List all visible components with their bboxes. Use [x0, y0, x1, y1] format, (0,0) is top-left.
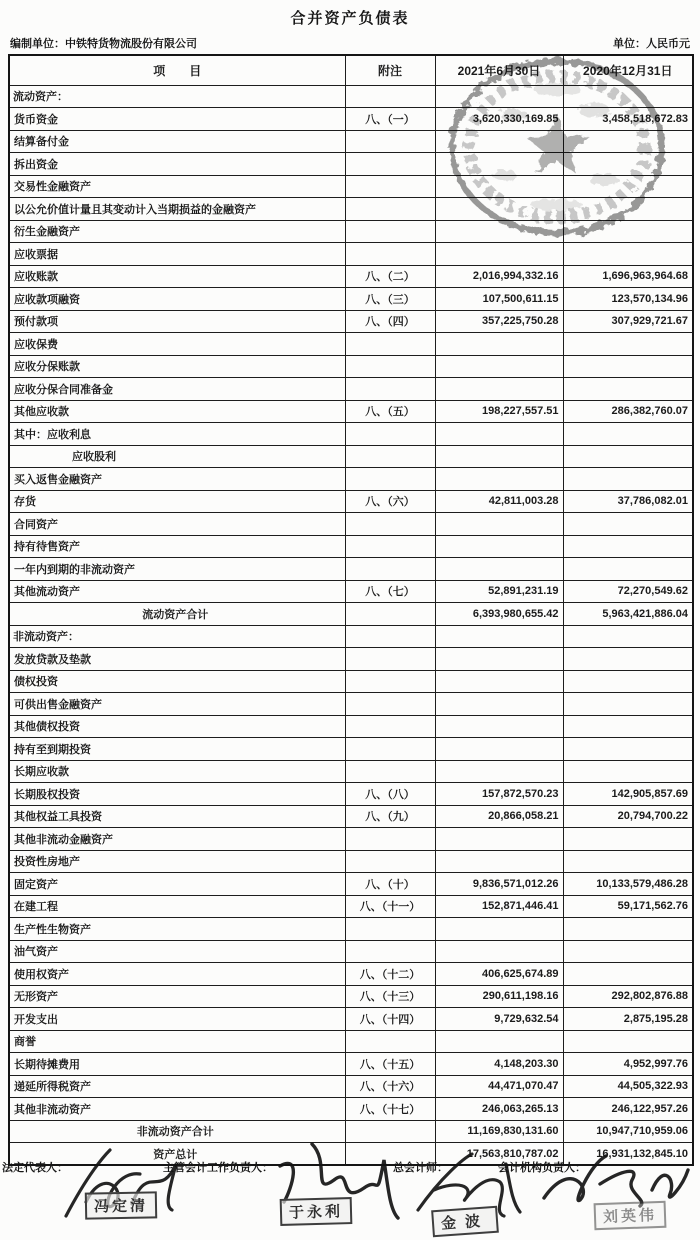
- balance-sheet-page: 合并资产负债表 编制单位：中铁特货物流股份有限公司 单位：人民币元 项 目 附注…: [0, 0, 700, 1240]
- balance-table-body: 流动资产：货币资金八、（一）3,620,330,169.853,458,518,…: [9, 85, 693, 1165]
- note-cell: [345, 535, 435, 558]
- balance-sheet-table: 项 目 附注 2021年6月30日 2020年12月31日 流动资产：货币资金八…: [8, 54, 694, 1166]
- value-2021: 3,620,330,169.85: [435, 108, 563, 131]
- value-2021: 246,063,265.13: [435, 1098, 563, 1121]
- name-stamp-yu-yongli: 于永利: [280, 1197, 353, 1226]
- value-2021: [435, 760, 563, 783]
- item-label: 应收票据: [9, 243, 345, 266]
- note-cell: [345, 1030, 435, 1053]
- value-2021: [435, 220, 563, 243]
- value-2020: 3,458,518,672.83: [563, 108, 693, 131]
- item-label: 衍生金融资产: [9, 220, 345, 243]
- value-2021: 44,471,070.47: [435, 1075, 563, 1098]
- table-row: 在建工程八、（十一）152,871,446.4159,171,562.76: [9, 895, 693, 918]
- note-cell: 八、（十七）: [345, 1098, 435, 1121]
- table-row: 其他非流动金融资产: [9, 828, 693, 851]
- item-label: 存货: [9, 490, 345, 513]
- value-2021: [435, 535, 563, 558]
- note-cell: [345, 738, 435, 761]
- note-cell: [345, 153, 435, 176]
- table-row: 应收股利: [9, 445, 693, 468]
- value-2020: 292,802,876.88: [563, 985, 693, 1008]
- note-cell: [345, 558, 435, 581]
- table-row: 长期待摊费用八、（十五）4,148,203.304,952,997.76: [9, 1053, 693, 1076]
- column-header-2020: 2020年12月31日: [563, 55, 693, 85]
- table-row: 油气资产: [9, 940, 693, 963]
- note-cell: [345, 513, 435, 536]
- value-2020: [563, 940, 693, 963]
- table-row: 长期股权投资八、（八）157,872,570.23142,905,857.69: [9, 783, 693, 806]
- item-label: 以公允价值计量且其变动计入当期损益的金融资产: [9, 198, 345, 221]
- info-line: 编制单位：中铁特货物流股份有限公司 单位：人民币元: [10, 35, 690, 51]
- value-2020: [563, 670, 693, 693]
- item-label: 可供出售金融资产: [9, 693, 345, 716]
- item-label: 应收保费: [9, 333, 345, 356]
- table-row: 其他债权投资: [9, 715, 693, 738]
- item-label: 长期应收款: [9, 760, 345, 783]
- signature-area: 法定代表人： 主管会计工作负责人： 总会计师： 会计机构负责人： 冯定清 于永利…: [0, 1150, 700, 1240]
- item-label: 递延所得税资产: [9, 1075, 345, 1098]
- item-label: 投资性房地产: [9, 850, 345, 873]
- column-header-note: 附注: [345, 55, 435, 85]
- table-row: 其他权益工具投资八、（九）20,866,058.2120,794,700.22: [9, 805, 693, 828]
- value-2021: [435, 85, 563, 108]
- value-2020: [563, 198, 693, 221]
- table-row: 生产性生物资产: [9, 918, 693, 941]
- note-cell: 八、（三）: [345, 288, 435, 311]
- value-2021: [435, 355, 563, 378]
- note-cell: [345, 1120, 435, 1143]
- name-stamp-liu-yingwei: 刘英伟: [594, 1201, 667, 1230]
- value-2020: [563, 175, 693, 198]
- table-row: 买入返售金融资产: [9, 468, 693, 491]
- value-2021: [435, 130, 563, 153]
- name-stamp-jin-bo: 金波: [431, 1206, 499, 1238]
- section-row: 流动资产：: [9, 85, 693, 108]
- value-2021: 198,227,557.51: [435, 400, 563, 423]
- value-2020: 20,794,700.22: [563, 805, 693, 828]
- item-label: 发放贷款及垫款: [9, 648, 345, 671]
- note-cell: [345, 625, 435, 648]
- value-2020: [563, 715, 693, 738]
- table-row: 结算备付金: [9, 130, 693, 153]
- item-label: 结算备付金: [9, 130, 345, 153]
- item-label: 在建工程: [9, 895, 345, 918]
- value-2021: [435, 243, 563, 266]
- item-label: 其他非流动资产: [9, 1098, 345, 1121]
- value-2021: [435, 670, 563, 693]
- value-2021: [435, 940, 563, 963]
- value-2021: 2,016,994,332.16: [435, 265, 563, 288]
- item-label: 固定资产: [9, 873, 345, 896]
- accounting-dept-head-label: 会计机构负责人：: [498, 1159, 586, 1175]
- item-label: 应收股利: [9, 445, 345, 468]
- table-row: 可供出售金融资产: [9, 693, 693, 716]
- note-cell: 八、（一）: [345, 108, 435, 131]
- value-2020: [563, 445, 693, 468]
- value-2021: [435, 738, 563, 761]
- value-2020: 4,952,997.76: [563, 1053, 693, 1076]
- note-cell: [345, 468, 435, 491]
- value-2020: [563, 850, 693, 873]
- value-2020: [563, 558, 693, 581]
- item-label: 拆出资金: [9, 153, 345, 176]
- note-cell: 八、（十一）: [345, 895, 435, 918]
- note-cell: [345, 850, 435, 873]
- table-row: 商誉: [9, 1030, 693, 1053]
- note-cell: [345, 243, 435, 266]
- note-cell: 八、（十六）: [345, 1075, 435, 1098]
- table-row: 应收分保账款: [9, 355, 693, 378]
- table-row: 固定资产八、（十）9,836,571,012.2610,133,579,486.…: [9, 873, 693, 896]
- item-label: 商誉: [9, 1030, 345, 1053]
- table-row: 存货八、（六）42,811,003.2837,786,082.01: [9, 490, 693, 513]
- table-row: 债权投资: [9, 670, 693, 693]
- value-2021: [435, 693, 563, 716]
- table-row: 一年内到期的非流动资产: [9, 558, 693, 581]
- table-row: 发放贷款及垫款: [9, 648, 693, 671]
- note-cell: 八、（七）: [345, 580, 435, 603]
- value-2021: [435, 648, 563, 671]
- item-label: 应收分保账款: [9, 355, 345, 378]
- table-row: 拆出资金: [9, 153, 693, 176]
- value-2020: [563, 918, 693, 941]
- table-row: 合同资产: [9, 513, 693, 536]
- value-2020: 59,171,562.76: [563, 895, 693, 918]
- value-2021: [435, 445, 563, 468]
- note-cell: [345, 760, 435, 783]
- value-2020: 5,963,421,886.04: [563, 603, 693, 626]
- note-cell: [345, 378, 435, 401]
- note-cell: [345, 175, 435, 198]
- item-label: 交易性金融资产: [9, 175, 345, 198]
- item-label: 买入返售金融资产: [9, 468, 345, 491]
- value-2020: [563, 468, 693, 491]
- note-cell: [345, 220, 435, 243]
- item-label: 长期股权投资: [9, 783, 345, 806]
- note-cell: [345, 603, 435, 626]
- value-2021: [435, 378, 563, 401]
- value-2021: 152,871,446.41: [435, 895, 563, 918]
- table-row: 无形资产八、（十三）290,611,198.16292,802,876.88: [9, 985, 693, 1008]
- table-row: 应收款项融资八、（三）107,500,611.15123,570,134.96: [9, 288, 693, 311]
- note-cell: [345, 715, 435, 738]
- value-2021: 107,500,611.15: [435, 288, 563, 311]
- item-label: 应收款项融资: [9, 288, 345, 311]
- table-row: 交易性金融资产: [9, 175, 693, 198]
- note-cell: 八、（十五）: [345, 1053, 435, 1076]
- item-label: 非流动资产：: [9, 625, 345, 648]
- table-row: 应收保费: [9, 333, 693, 356]
- table-row: 投资性房地产: [9, 850, 693, 873]
- value-2020: [563, 378, 693, 401]
- value-2020: 44,505,322.93: [563, 1075, 693, 1098]
- column-header-2021: 2021年6月30日: [435, 55, 563, 85]
- value-2020: [563, 535, 693, 558]
- value-2020: [563, 648, 693, 671]
- note-cell: [345, 423, 435, 446]
- value-2021: [435, 153, 563, 176]
- value-2020: 37,786,082.01: [563, 490, 693, 513]
- item-label: 非流动资产合计: [9, 1120, 345, 1143]
- value-2020: [563, 333, 693, 356]
- value-2020: 10,947,710,959.06: [563, 1120, 693, 1143]
- section-row: 非流动资产：: [9, 625, 693, 648]
- item-label: 其他流动资产: [9, 580, 345, 603]
- table-row: 应收账款八、（二）2,016,994,332.161,696,963,964.6…: [9, 265, 693, 288]
- value-2021: [435, 715, 563, 738]
- value-2021: [435, 918, 563, 941]
- value-2021: [435, 333, 563, 356]
- value-2021: [435, 423, 563, 446]
- value-2020: [563, 963, 693, 986]
- value-2021: [435, 513, 563, 536]
- value-2021: [435, 558, 563, 581]
- value-2020: [563, 85, 693, 108]
- table-row: 预付款项八、（四）357,225,750.28307,929,721.67: [9, 310, 693, 333]
- name-stamp-feng-dingqing: 冯定清: [85, 1191, 157, 1219]
- item-label: 长期待摊费用: [9, 1053, 345, 1076]
- note-cell: 八、（十四）: [345, 1008, 435, 1031]
- table-header-row: 项 目 附注 2021年6月30日 2020年12月31日: [9, 55, 693, 85]
- table-row: 其中：应收利息: [9, 423, 693, 446]
- note-cell: [345, 130, 435, 153]
- table-row: 应收票据: [9, 243, 693, 266]
- table-row: 货币资金八、（一）3,620,330,169.853,458,518,672.8…: [9, 108, 693, 131]
- item-label: 合同资产: [9, 513, 345, 536]
- value-2021: [435, 175, 563, 198]
- value-2020: [563, 423, 693, 446]
- item-label: 其他应收款: [9, 400, 345, 423]
- note-cell: [345, 670, 435, 693]
- item-label: 生产性生物资产: [9, 918, 345, 941]
- value-2021: 290,611,198.16: [435, 985, 563, 1008]
- value-2021: 157,872,570.23: [435, 783, 563, 806]
- item-label: 开发支出: [9, 1008, 345, 1031]
- note-cell: 八、（四）: [345, 310, 435, 333]
- value-2020: 246,122,957.26: [563, 1098, 693, 1121]
- value-2020: 123,570,134.96: [563, 288, 693, 311]
- value-2020: [563, 1030, 693, 1053]
- table-row: 使用权资产八、（十二）406,625,674.89: [9, 963, 693, 986]
- item-label: 使用权资产: [9, 963, 345, 986]
- value-2021: 6,393,980,655.42: [435, 603, 563, 626]
- value-2020: [563, 693, 693, 716]
- value-2020: 10,133,579,486.28: [563, 873, 693, 896]
- table-row: 其他非流动资产八、（十七）246,063,265.13246,122,957.2…: [9, 1098, 693, 1121]
- note-cell: 八、（十）: [345, 873, 435, 896]
- total-row: 非流动资产合计11,169,830,131.6010,947,710,959.0…: [9, 1120, 693, 1143]
- note-cell: 八、（十三）: [345, 985, 435, 1008]
- item-label: 货币资金: [9, 108, 345, 131]
- note-cell: [345, 828, 435, 851]
- value-2020: [563, 355, 693, 378]
- note-cell: [345, 918, 435, 941]
- item-label: 其他非流动金融资产: [9, 828, 345, 851]
- table-row: 衍生金融资产: [9, 220, 693, 243]
- value-2021: [435, 828, 563, 851]
- value-2020: [563, 625, 693, 648]
- value-2021: [435, 1030, 563, 1053]
- item-label: 持有至到期投资: [9, 738, 345, 761]
- value-2020: 2,875,195.28: [563, 1008, 693, 1031]
- note-cell: [345, 355, 435, 378]
- note-cell: 八、（二）: [345, 265, 435, 288]
- value-2020: [563, 243, 693, 266]
- value-2020: [563, 130, 693, 153]
- value-2021: 42,811,003.28: [435, 490, 563, 513]
- value-2020: 286,382,760.07: [563, 400, 693, 423]
- value-2021: [435, 850, 563, 873]
- note-cell: 八、（十二）: [345, 963, 435, 986]
- table-row: 持有待售资产: [9, 535, 693, 558]
- value-2020: 1,696,963,964.68: [563, 265, 693, 288]
- value-2020: [563, 513, 693, 536]
- note-cell: [345, 445, 435, 468]
- item-label: 流动资产合计: [9, 603, 345, 626]
- value-2021: 52,891,231.19: [435, 580, 563, 603]
- table-row: 其他流动资产八、（七）52,891,231.1972,270,549.62: [9, 580, 693, 603]
- table-row: 其他应收款八、（五）198,227,557.51286,382,760.07: [9, 400, 693, 423]
- note-cell: 八、（六）: [345, 490, 435, 513]
- value-2021: 4,148,203.30: [435, 1053, 563, 1076]
- item-label: 预付款项: [9, 310, 345, 333]
- note-cell: 八、（八）: [345, 783, 435, 806]
- table-row: 开发支出八、（十四）9,729,632.542,875,195.28: [9, 1008, 693, 1031]
- value-2021: 406,625,674.89: [435, 963, 563, 986]
- note-cell: [345, 648, 435, 671]
- note-cell: [345, 940, 435, 963]
- item-label: 一年内到期的非流动资产: [9, 558, 345, 581]
- value-2020: 72,270,549.62: [563, 580, 693, 603]
- table-row: 长期应收款: [9, 760, 693, 783]
- value-2020: [563, 738, 693, 761]
- legal-representative-label: 法定代表人：: [2, 1159, 68, 1175]
- item-label: 持有待售资产: [9, 535, 345, 558]
- table-row: 应收分保合同准备金: [9, 378, 693, 401]
- currency-unit-label: 单位：人民币元: [613, 35, 690, 51]
- item-label: 其他权益工具投资: [9, 805, 345, 828]
- item-label: 其他债权投资: [9, 715, 345, 738]
- note-cell: [345, 198, 435, 221]
- column-header-item: 项 目: [9, 55, 345, 85]
- value-2021: 9,836,571,012.26: [435, 873, 563, 896]
- note-cell: [345, 85, 435, 108]
- value-2020: [563, 220, 693, 243]
- value-2020: [563, 828, 693, 851]
- table-row: 递延所得税资产八、（十六）44,471,070.4744,505,322.93: [9, 1075, 693, 1098]
- note-cell: [345, 693, 435, 716]
- value-2021: 20,866,058.21: [435, 805, 563, 828]
- prepared-by-label: 编制单位：中铁特货物流股份有限公司: [10, 35, 197, 51]
- value-2021: 11,169,830,131.60: [435, 1120, 563, 1143]
- item-label: 流动资产：: [9, 85, 345, 108]
- value-2021: [435, 198, 563, 221]
- item-label: 其中：应收利息: [9, 423, 345, 446]
- table-row: 以公允价值计量且其变动计入当期损益的金融资产: [9, 198, 693, 221]
- note-cell: [345, 333, 435, 356]
- note-cell: 八、（五）: [345, 400, 435, 423]
- total-row: 流动资产合计6,393,980,655.425,963,421,886.04: [9, 603, 693, 626]
- value-2021: 357,225,750.28: [435, 310, 563, 333]
- item-label: 应收分保合同准备金: [9, 378, 345, 401]
- value-2021: 9,729,632.54: [435, 1008, 563, 1031]
- note-cell: 八、（九）: [345, 805, 435, 828]
- value-2020: 142,905,857.69: [563, 783, 693, 806]
- item-label: 油气资产: [9, 940, 345, 963]
- page-title: 合并资产负债表: [0, 7, 700, 28]
- table-row: 持有至到期投资: [9, 738, 693, 761]
- value-2020: 307,929,721.67: [563, 310, 693, 333]
- value-2021: [435, 468, 563, 491]
- value-2021: [435, 625, 563, 648]
- item-label: 无形资产: [9, 985, 345, 1008]
- value-2020: [563, 153, 693, 176]
- value-2020: [563, 760, 693, 783]
- chief-accountant-label: 总会计师：: [393, 1159, 448, 1175]
- item-label: 债权投资: [9, 670, 345, 693]
- item-label: 应收账款: [9, 265, 345, 288]
- chief-accounting-officer-label: 主管会计工作负责人：: [163, 1159, 273, 1175]
